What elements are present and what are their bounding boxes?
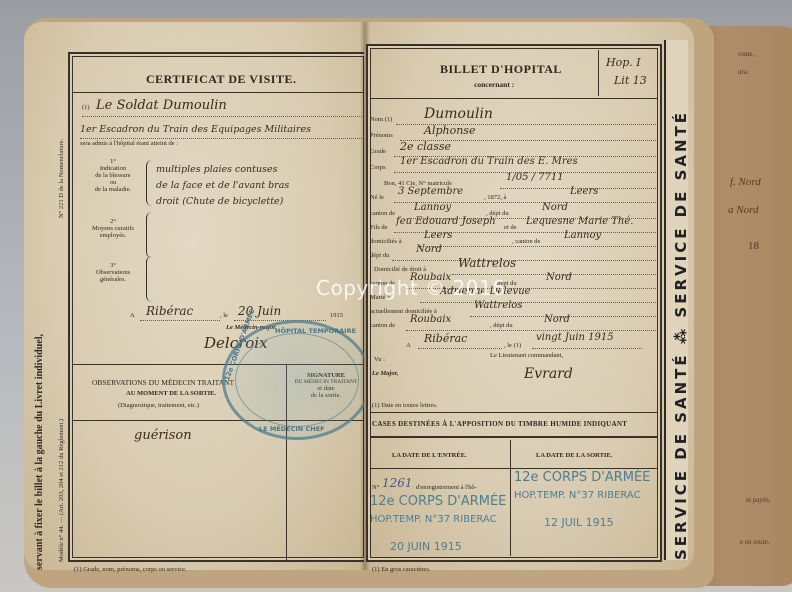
field-parents-domicile: Leers [424,230,452,241]
field-spouse-canton: Roubaix [410,314,451,325]
registration-text: d'enregistrement à l'hô- [416,484,477,491]
bed-ref: Lit 13 [614,74,647,87]
commander-signature: Evrard [524,366,573,382]
field-spouse-domicile: Wattrelos [474,300,522,311]
entry-header: LA DATE DE L'ENTRÉE. [392,452,467,459]
back-cover-text: ura. [738,68,749,76]
place-prefix: A [130,312,135,319]
injury-line-2: de la face et de l'avant bras [156,180,289,191]
footnote-marker: (1) [82,104,90,111]
commander-title: Le Lieutenant commandant, [490,352,563,359]
hospital-ref: Hop. I [606,56,641,69]
back-cover-handwriting: f. Nord [730,176,761,188]
field-nom: Dumoulin [424,106,493,122]
exit-stamp-hospital: HOP.TEMP. N°37 RIBERAC [514,490,641,501]
back-cover-text: e en route. [740,538,769,546]
spine-model: Modèle n° 44. — (Art. 203, 204 et 212 du… [58,419,65,562]
back-cover-text: 18 [748,240,759,252]
field-canton: Lannoy [414,202,451,213]
billet-place-prefix: A [406,342,411,349]
field-mother: Lequesne Marie Thé. [526,216,633,227]
field-label: canton de [370,210,395,217]
copyright-watermark: Copyright © 2016 [316,276,505,300]
major-label: Le Major, [372,370,398,377]
field-birthplace: Leers [570,186,598,197]
date-le: , le [220,312,228,319]
section-3-label: 3° Observations générales. [80,262,146,283]
injury-line-3: droit (Chute de bicyclette) [156,196,283,207]
soldier-unit: 1er Escadron du Train des Equipages Mili… [80,124,311,135]
registration-number: 1261 [382,476,413,490]
billet-date: vingt Juin 1915 [536,332,614,343]
side-banner-text: SERVICE DE SANTÉ ⁂ SERVICE DE SANTÉ [672,110,690,560]
field-label: Corps [370,164,386,171]
back-cover-handwriting: a Nord [728,204,758,216]
right-footnote: (1) En gros caractères. [372,566,430,573]
certificate-title: CERTIFICAT DE VISITE. [146,72,296,87]
cert-place: Ribérac [146,304,193,318]
field-dept: Nord [542,202,568,213]
left-footnote: (1) Grade, nom, prénoms, corps ou servic… [74,566,187,573]
field-grade: 2e classe [400,140,451,153]
billet-title: BILLET D'HOPITAL [440,62,562,77]
field-parents-canton: Lannoy [564,230,601,241]
field-label: Fils de [370,224,388,231]
billet-subtitle: concernant : [474,80,514,89]
field-matricule: 1/05 / 7711 [506,172,564,183]
back-cover-text: route, [738,50,754,58]
field-label: Grade [370,148,386,155]
field-parents-dept: Nord [416,244,442,255]
field-mid: , canton de [512,238,540,245]
field-birthdate: 3 Septembre [398,186,463,197]
spine-nomenclature: N° 221 D de la Nomenclature. [58,139,65,218]
injury-line-1: multiples plaies contuses [156,164,277,175]
field-prenoms: Alphonse [424,124,475,137]
billet-place: Ribérac [424,332,467,345]
field-label: canton de [370,322,395,329]
field-label: Prénoms [370,132,393,139]
field-father: feu Edouard Joseph [396,216,496,227]
stamp-box-title: CASES DESTINÉES À L'APPOSITION DU TIMBRE… [372,420,627,428]
field-label: domiciliés à [370,238,402,245]
field-legal-dept: Nord [546,272,572,283]
entry-stamp-date: 20 JUIN 1915 [390,540,462,553]
exit-diagnosis: guérison [134,428,192,443]
cert-date: 20 Juin [238,304,281,318]
entry-stamp-hospital: HOP.TEMP. N°37 RIBERAC [370,514,497,525]
billet-date-le: , le (1) [504,342,521,349]
field-mid: , 1872, à [484,194,506,201]
spine-text-outer: servant à fixer le billet à la gauche du… [34,334,45,570]
entry-stamp-corps: 12e CORPS D'ARMÉE [370,494,506,509]
exit-stamp-date: 12 JUIL 1915 [544,516,614,529]
date-footnote: (1) Date en toutes lettres. [372,402,438,409]
back-cover-text: et payés, [746,496,771,504]
exit-header: LA DATE DE LA SORTIE. [536,452,612,459]
field-spouse-dept: Nord [544,314,570,325]
section-2-label: 2° Moyens curatifs employés. [80,218,146,239]
section-1-label: 1° Indication de la blessure ou de la ma… [80,158,146,193]
exit-stamp-corps: 12e CORPS D'ARMÉE [514,470,650,485]
observations-subtitle: AU MOMENT DE LA SORTIE. [126,390,216,397]
admitted-label: sera admis à l'hôpital étant atteint de … [80,140,178,147]
vu-label: Vu : [374,356,385,363]
field-mid: , dépt du [490,322,513,329]
cert-year: 1915 [330,312,343,319]
hospital-round-stamp: HÔPITAL TEMPORAIRE 12e CORPS D'ARMÉE LE … [222,320,372,440]
field-label: Né le [370,194,384,201]
soldier-name: Le Soldat Dumoulin [96,98,227,113]
field-label: Nom (1) [370,116,392,123]
observations-hint: (Diagnostique, traitement, etc.) [118,402,199,409]
registration-prefix: N° [372,484,379,491]
field-mid: et de [504,224,516,231]
field-corps: 1er Escadron du Train des E. Mres [400,156,578,167]
field-label: dépt du [370,252,389,259]
field-legal-domicile: Wattrelos [458,256,516,270]
observations-title: OBSERVATIONS DU MÉDECIN TRAITANT [92,378,234,387]
